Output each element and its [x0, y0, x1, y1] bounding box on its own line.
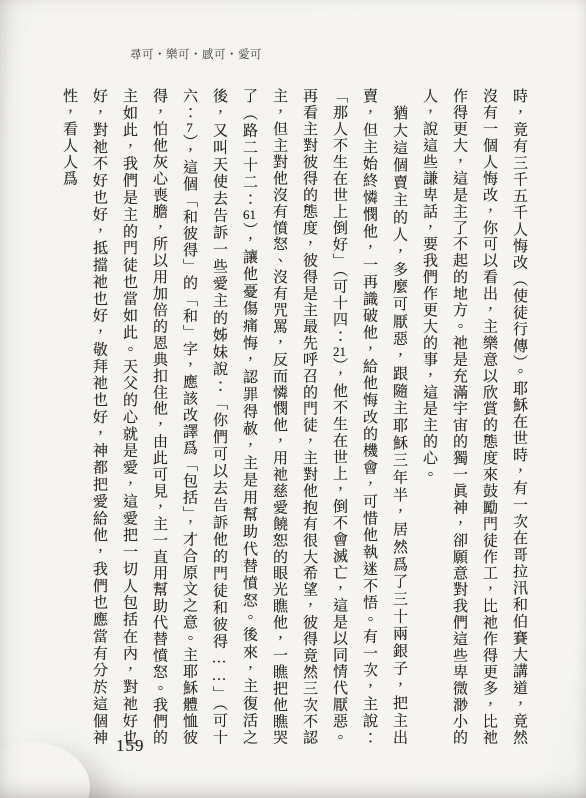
running-head: 尋可・樂可・感可・愛可	[130, 46, 262, 62]
text-body: 時，竟有三千五千人悔改（使徒行傳）。耶穌在世時，有一次在哥拉汛和伯賽大講道，竟然…	[72, 88, 534, 746]
book-page: 尋可・樂可・感可・愛可 時，竟有三千五千人悔改（使徒行傳）。耶穌在世時，有一次在…	[0, 0, 586, 798]
page-number: 159	[116, 736, 145, 756]
paragraph-1: 時，竟有三千五千人悔改（使徒行傳）。耶穌在世時，有一次在哥拉汛和伯賽大講道，竟然…	[414, 88, 534, 746]
paragraph-2: 猶大這個賣主的人，多麼可厭惡，跟隨主耶穌三年半，居然爲了三十兩銀子，把主出賣，但…	[54, 88, 414, 746]
